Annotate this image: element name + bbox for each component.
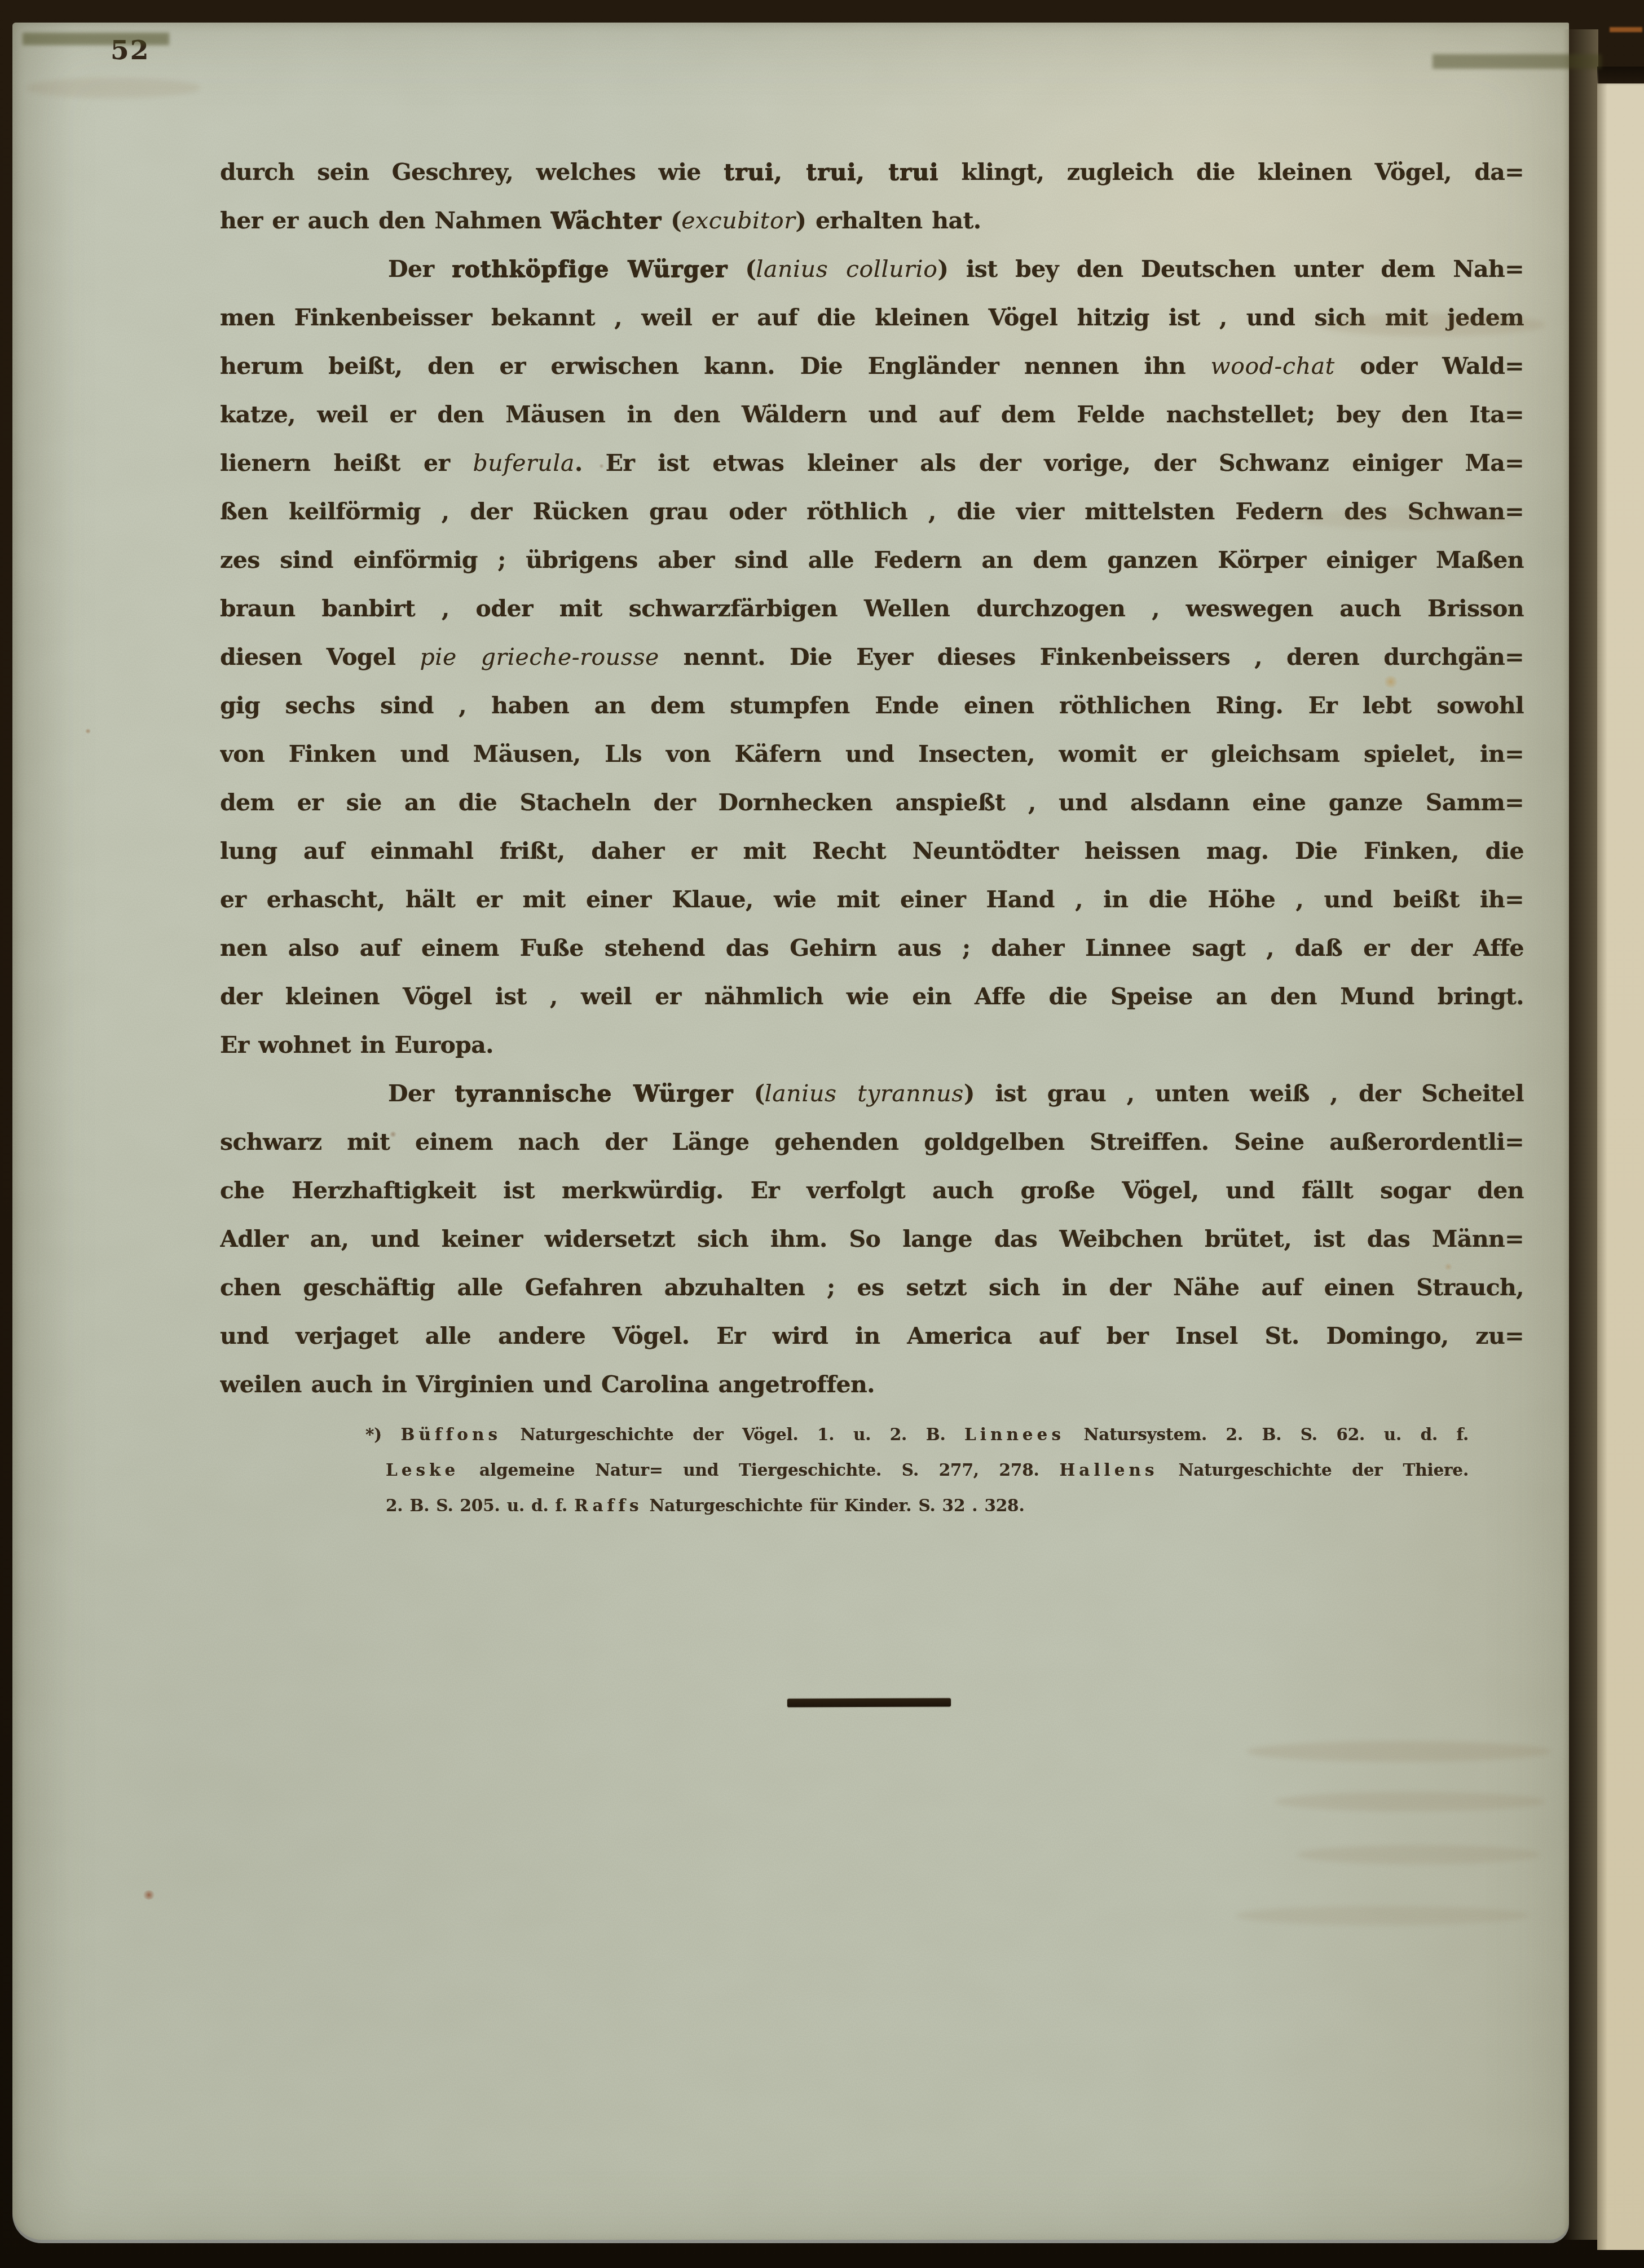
text-segment: lung auf einmahl frißt, daher er mit Rec… [220,837,1524,864]
adjacent-page-edge [1597,83,1644,2250]
body-text-line: Der tyrannische Würger (lanius tyrannus)… [220,1069,1524,1118]
body-text-line: zes sind einförmig ; übrigens aber sind … [220,536,1524,584]
text-segment: klingt, zugleich die kleinen Vögel, da= [938,158,1524,186]
scanner-edge-debris [1433,54,1602,69]
corner-speck [1610,27,1642,32]
text-segment: Büffons [401,1424,502,1444]
text-segment: nen also auf einem Fuße stehend das Gehi… [220,934,1524,961]
text-segment: trui, trui, trui [724,158,938,186]
text-segment: buferula [473,449,575,476]
text-segment: rothköpfige Würger [452,255,728,283]
body-text-line: Er wohnet in Europa. [220,1021,1524,1069]
body-text-line: durch sein Geschrey, welches wie trui, t… [220,148,1524,196]
body-text-line: her er auch den Nahmen Wächter (excubito… [220,196,1524,245]
body-text-line: men Finkenbeisser bekannt , weil er auf … [220,293,1524,342]
body-text-line: dem er sie an die Stacheln der Dornhecke… [220,778,1524,827]
body-text-line: weilen auch in Virginien und Carolina an… [220,1360,1524,1409]
foxing-spot [142,1890,156,1900]
show-through-smudge [1297,1845,1540,1864]
text-segment: Naturgeschichte der Vögel. 1. u. 2. B. [501,1424,964,1444]
text-segment: diesen Vogel [220,643,420,670]
text-segment: wood-chat [1211,352,1335,380]
text-segment: Naturgeschichte für Kinder. S. 32 . 328. [643,1495,1025,1515]
text-segment: er erhascht, hält er mit einer Klaue, wi… [220,886,1524,913]
footnote-line: 2. B. S. 205. u. d. f. Raffs Naturgeschi… [365,1488,1469,1523]
body-text-line: katze, weil er den Mäusen in den Wäldern… [220,390,1524,439]
text-segment: nennt. Die Eyer dieses Finkenbeissers , … [659,643,1524,670]
body-text-line: er erhascht, hält er mit einer Klaue, wi… [220,875,1524,924]
foxing-spot [1383,676,1399,688]
adjacent-page-edge-shadow [1597,67,1644,86]
text-segment: Der [388,1080,455,1107]
scanner-edge-debris [23,33,169,45]
text-segment: her er auch den Nahmen [220,207,551,234]
text-segment: zes sind einförmig ; übrigens aber sind … [220,546,1524,573]
text-segment: *) [365,1424,401,1444]
text-segment: ( [728,255,756,283]
text-segment: und verjaget alle andere Vögel. Er wird … [220,1322,1524,1349]
text-segment: oder Wald= [1335,352,1524,380]
body-text-line: Der rothköpfige Würger (lanius collurio)… [220,245,1524,293]
text-segment: Hallens [1059,1460,1158,1480]
body-text-line: che Herzhaftigkeit ist merkwürdig. Er ve… [220,1166,1524,1215]
body-text-line: und verjaget alle andere Vögel. Er wird … [220,1312,1524,1360]
text-segment: dem er sie an die Stacheln der Dornhecke… [220,789,1524,816]
foxing-spot [1444,1263,1453,1270]
text-segment: pie grieche-rousse [420,643,659,670]
foxing-spot [599,464,604,469]
text-segment: weilen auch in Virginien und Carolina an… [220,1371,875,1398]
text-segment: ( [662,207,681,234]
text-segment: von Finken und Mäusen, Lls von Käfern un… [220,740,1524,767]
body-text-line: lung auf einmahl frißt, daher er mit Rec… [220,827,1524,875]
text-segment: . Er ist etwas kleiner als der vorige, d… [575,449,1524,476]
body-text-line: lienern heißt er buferula. Er ist etwas … [220,439,1524,487]
text-segment: Der [388,255,452,283]
footnote: *) Büffons Naturgeschichte der Vögel. 1.… [365,1417,1469,1523]
page-gutter-shadow [1563,29,1598,2240]
text-segment: lanius collurio [756,255,937,283]
show-through-smudge [1275,1792,1545,1811]
text-segment: Naturgeschichte der Thiere. [1158,1460,1469,1480]
text-segment: schwarz mit einem nach der Länge gehende… [220,1128,1524,1155]
body-text-line: diesen Vogel pie grieche-rousse nennt. D… [220,633,1524,681]
text-segment: ) erhalten hat. [795,207,981,234]
text-segment: der kleinen Vögel ist , weil er nähmlich… [220,983,1524,1010]
text-segment: Raffs [574,1495,642,1515]
text-segment: excubitor [681,207,795,234]
text-segment: ) ist bey den Deutschen unter dem Nah= [937,255,1524,283]
text-segment: gig sechs sind , haben an dem stumpfen E… [220,692,1524,719]
body-text: durch sein Geschrey, welches wie trui, t… [220,148,1524,1409]
text-segment: durch sein Geschrey, welches wie [220,158,724,186]
text-segment: Leske [386,1460,459,1480]
text-segment: tyrannische Würger [455,1080,733,1107]
text-segment: Wächter [551,207,662,234]
show-through-smudge [1297,509,1511,529]
text-segment: ) ist grau , unten weiß , der Scheitel [964,1080,1524,1107]
text-segment: herum beißt, den er erwischen kann. Die … [220,352,1211,380]
text-segment: Er wohnet in Europa. [220,1031,493,1058]
text-segment: Linnees [964,1424,1065,1444]
body-text-line: braun banbirt , oder mit schwarzfärbigen… [220,584,1524,633]
foxing-spot [389,1131,397,1137]
text-segment: braun banbirt , oder mit schwarzfärbigen… [220,595,1524,622]
body-text-line: herum beißt, den er erwischen kann. Die … [220,342,1524,390]
body-text-line: Adler an, und keiner widersetzt sich ihm… [220,1215,1524,1263]
section-divider-rule [787,1698,951,1707]
text-segment: katze, weil er den Mäusen in den Wäldern… [220,401,1524,428]
text-segment: lanius tyrannus [764,1080,963,1107]
body-text-line: schwarz mit einem nach der Länge gehende… [220,1118,1524,1166]
text-segment: Natursystem. 2. B. S. 62. u. d. f. [1065,1424,1469,1444]
text-segment: che Herzhaftigkeit ist merkwürdig. Er ve… [220,1177,1524,1204]
show-through-smudge [1235,1906,1528,1925]
show-through-smudge [1320,314,1545,336]
show-through-smudge [26,78,201,98]
text-segment: lienern heißt er [220,449,473,476]
body-text-line: nen also auf einem Fuße stehend das Gehi… [220,924,1524,972]
show-through-smudge [1246,1741,1551,1762]
footnote-line: Leske algemeine Natur= und Tiergeschicht… [365,1452,1469,1488]
text-segment: chen geschäftig alle Gefahren abzuhalten… [220,1274,1524,1301]
foxing-spot [85,729,91,734]
text-segment: ( [733,1080,764,1107]
text-segment: Adler an, und keiner widersetzt sich ihm… [220,1225,1524,1252]
footnote-line: *) Büffons Naturgeschichte der Vögel. 1.… [365,1417,1469,1452]
text-segment: algemeine Natur= und Tiergeschichte. S. … [459,1460,1059,1480]
body-text-line: von Finken und Mäusen, Lls von Käfern un… [220,730,1524,778]
body-text-line: der kleinen Vögel ist , weil er nähmlich… [220,972,1524,1021]
scan-background: 52 durch sein Geschrey, welches wie trui… [0,0,1644,2268]
text-segment: 2. B. S. 205. u. d. f. [386,1495,574,1515]
body-text-line: gig sechs sind , haben an dem stumpfen E… [220,681,1524,730]
body-text-line: chen geschäftig alle Gefahren abzuhalten… [220,1263,1524,1312]
